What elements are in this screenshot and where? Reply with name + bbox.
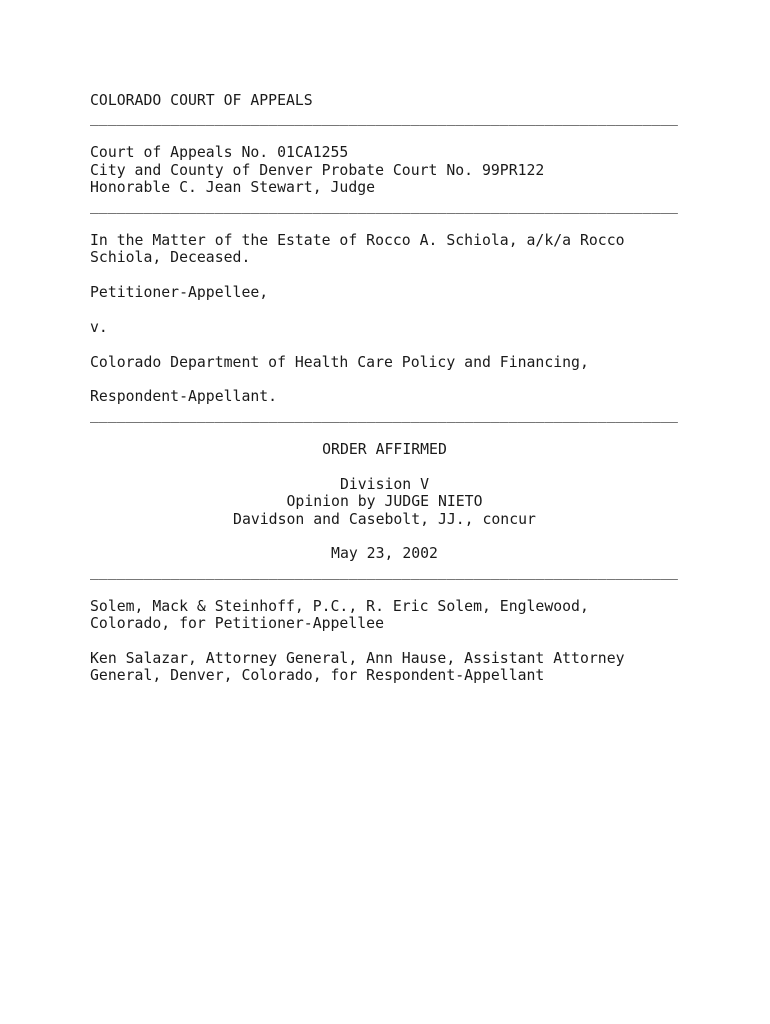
caption-divider-1: ________________________________________…: [90, 109, 679, 126]
disposition: ORDER AFFIRMED: [90, 441, 679, 458]
appellant-counsel-line-1: Ken Salazar, Attorney General, Ann Hause…: [90, 650, 679, 667]
appellant-counsel-line-2: General, Denver, Colorado, for Responden…: [90, 667, 679, 684]
announcement-date: May 23, 2002: [90, 545, 679, 562]
court-name: COLORADO COURT OF APPEALS: [90, 92, 679, 109]
blank-line: [90, 633, 679, 650]
appellee-counsel-line-2: Colorado, for Petitioner-Appellee: [90, 615, 679, 632]
versus: v.: [90, 319, 679, 336]
authoring-judge: Opinion by JUDGE NIETO: [90, 493, 679, 510]
blank-line: [90, 214, 679, 231]
caption-divider-2: ________________________________________…: [90, 197, 679, 214]
trial-court-case-number: City and County of Denver Probate Court …: [90, 162, 679, 179]
document-page: COLORADO COURT OF APPEALS_______________…: [0, 0, 770, 1024]
case-caption-line-2: Schiola, Deceased.: [90, 249, 679, 266]
respondent-designation: Respondent-Appellant.: [90, 388, 679, 405]
blank-line: [90, 528, 679, 545]
appeals-case-number: Court of Appeals No. 01CA1255: [90, 144, 679, 161]
trial-judge: Honorable C. Jean Stewart, Judge: [90, 179, 679, 196]
caption-divider-4: ________________________________________…: [90, 563, 679, 580]
blank-line: [90, 301, 679, 318]
blank-line: [90, 458, 679, 475]
case-caption-line-1: In the Matter of the Estate of Rocco A. …: [90, 232, 679, 249]
blank-line: [90, 336, 679, 353]
appellee-counsel-line-1: Solem, Mack & Steinhoff, P.C., R. Eric S…: [90, 598, 679, 615]
blank-line: [90, 580, 679, 597]
blank-line: [90, 423, 679, 440]
respondent-name: Colorado Department of Health Care Polic…: [90, 354, 679, 371]
caption-divider-3: ________________________________________…: [90, 406, 679, 423]
blank-line: [90, 266, 679, 283]
division: Division V: [90, 476, 679, 493]
petitioner-designation: Petitioner-Appellee,: [90, 284, 679, 301]
blank-line: [90, 371, 679, 388]
opinion-caption: COLORADO COURT OF APPEALS_______________…: [0, 0, 679, 685]
blank-line: [90, 127, 679, 144]
concurring-judges: Davidson and Casebolt, JJ., concur: [90, 511, 679, 528]
